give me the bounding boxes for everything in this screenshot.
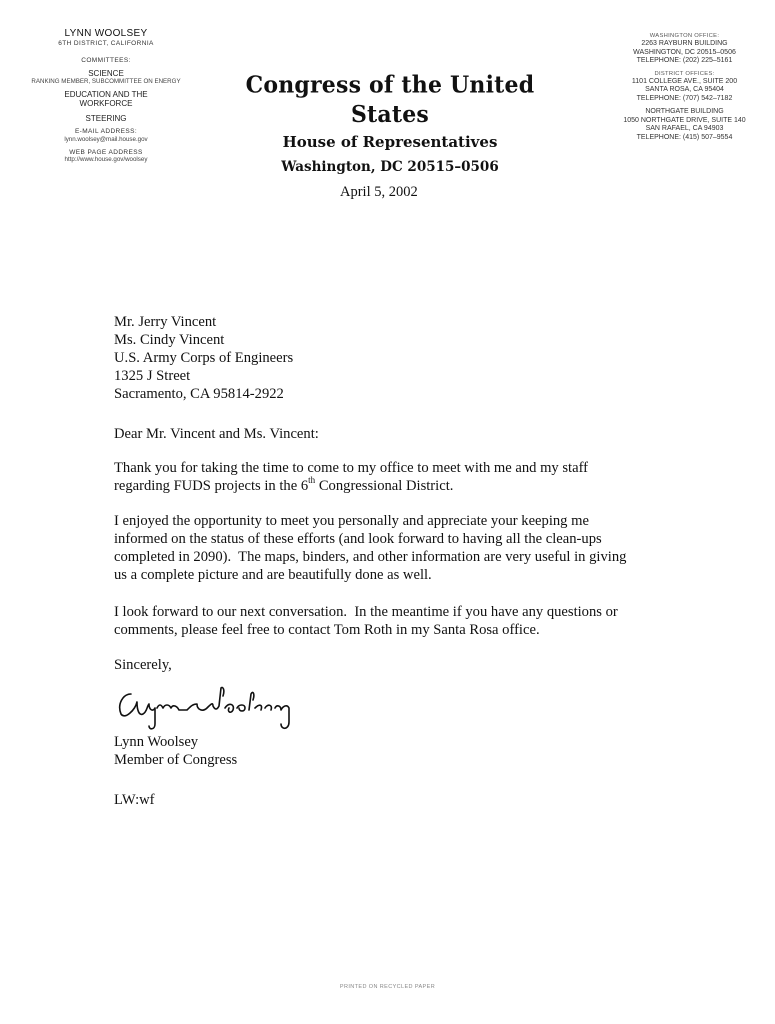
closing: Sincerely,	[114, 656, 172, 674]
letterhead-address: Washington, DC 20515–0506	[225, 156, 555, 178]
paragraph-line: regarding FUDS projects in the 6th Congr…	[114, 477, 734, 495]
washington-office-phone: TELEPHONE: (202) 225–5161	[592, 57, 775, 66]
committee-science: SCIENCE	[0, 69, 212, 79]
paragraph-2: I enjoyed the opportunity to meet you pe…	[114, 512, 734, 584]
washington-office-line1: 2263 RAYBURN BUILDING	[592, 40, 775, 49]
paragraph-line: completed in 2090). The maps, binders, a…	[114, 548, 734, 566]
district-office1-line1: 1101 COLLEGE AVE., SUITE 200	[592, 78, 775, 87]
recipient-line: U.S. Army Corps of Engineers	[114, 349, 293, 367]
member-district: 6TH DISTRICT, CALIFORNIA	[0, 40, 212, 48]
web-label: WEB PAGE ADDRESS	[0, 149, 212, 157]
recipient-line: Sacramento, CA 95814-2922	[114, 385, 293, 403]
signature-image	[113, 680, 353, 732]
salutation: Dear Mr. Vincent and Ms. Vincent:	[114, 425, 319, 443]
district-office2-line1: 1050 NORTHGATE DRIVE, SUITE 140	[592, 117, 775, 126]
letterhead-center: Congress of the United States House of R…	[225, 72, 555, 178]
washington-office-label: WASHINGTON OFFICE:	[592, 33, 775, 40]
washington-office-line2: WASHINGTON, DC 20515–0506	[592, 49, 775, 58]
committees-label: COMMITTEES:	[0, 57, 212, 65]
letterhead-title: Congress of the United States	[225, 71, 555, 130]
committee-education-line1: EDUCATION AND THE	[0, 90, 212, 100]
paragraph-line: Thank you for taking the time to come to…	[114, 459, 734, 477]
paragraph-line: I look forward to our next conversation.…	[114, 603, 734, 621]
recycled-paper-note: PRINTED ON RECYCLED PAPER	[0, 984, 775, 990]
web-address: http://www.house.gov/woolsey	[0, 156, 212, 163]
paragraph-line: comments, please feel free to contact To…	[114, 621, 734, 639]
committee-science-note: RANKING MEMBER, SUBCOMMITTEE ON ENERGY	[0, 78, 212, 85]
letterhead-left-column: LYNN WOOLSEY 6TH DISTRICT, CALIFORNIA CO…	[0, 28, 212, 164]
email-label: E-MAIL ADDRESS:	[0, 128, 212, 136]
committee-education-line2: WORKFORCE	[0, 99, 212, 109]
district-office2-phone: TELEPHONE: (415) 507–9554	[592, 134, 775, 143]
recipient-line: Ms. Cindy Vincent	[114, 331, 293, 349]
paragraph-line: I enjoyed the opportunity to meet you pe…	[114, 512, 734, 530]
recipient-line: Mr. Jerry Vincent	[114, 313, 293, 331]
letterhead-right-column: WASHINGTON OFFICE: 2263 RAYBURN BUILDING…	[592, 33, 775, 142]
district-office2-line2: SAN RAFAEL, CA 94903	[592, 125, 775, 134]
committee-steering: STEERING	[0, 114, 212, 124]
email-address: lynn.woolsey@mail.house.gov	[0, 136, 212, 143]
signer-block: Lynn Woolsey Member of Congress	[114, 733, 237, 769]
typist-initials: LW:wf	[114, 791, 155, 809]
signer-name: Lynn Woolsey	[114, 733, 237, 751]
recipient-address: Mr. Jerry Vincent Ms. Cindy Vincent U.S.…	[114, 313, 293, 403]
district-offices-label: DISTRICT OFFICES:	[592, 71, 775, 78]
district-office1-phone: TELEPHONE: (707) 542–7182	[592, 95, 775, 104]
member-name: LYNN WOOLSEY	[0, 28, 212, 40]
recipient-line: 1325 J Street	[114, 367, 293, 385]
paragraph-3: I look forward to our next conversation.…	[114, 603, 734, 639]
signer-title: Member of Congress	[114, 751, 237, 769]
district-office2-name: NORTHGATE BUILDING	[592, 108, 775, 117]
letterhead-subtitle: House of Representatives	[225, 130, 555, 154]
district-office1-line2: SANTA ROSA, CA 95404	[592, 86, 775, 95]
paragraph-line: informed on the status of these efforts …	[114, 530, 734, 548]
letter-date: April 5, 2002	[340, 184, 418, 201]
ordinal-suffix: th	[308, 475, 315, 485]
paragraph-1: Thank you for taking the time to come to…	[114, 459, 734, 495]
paragraph-line: us a complete picture and are beautifull…	[114, 566, 734, 584]
